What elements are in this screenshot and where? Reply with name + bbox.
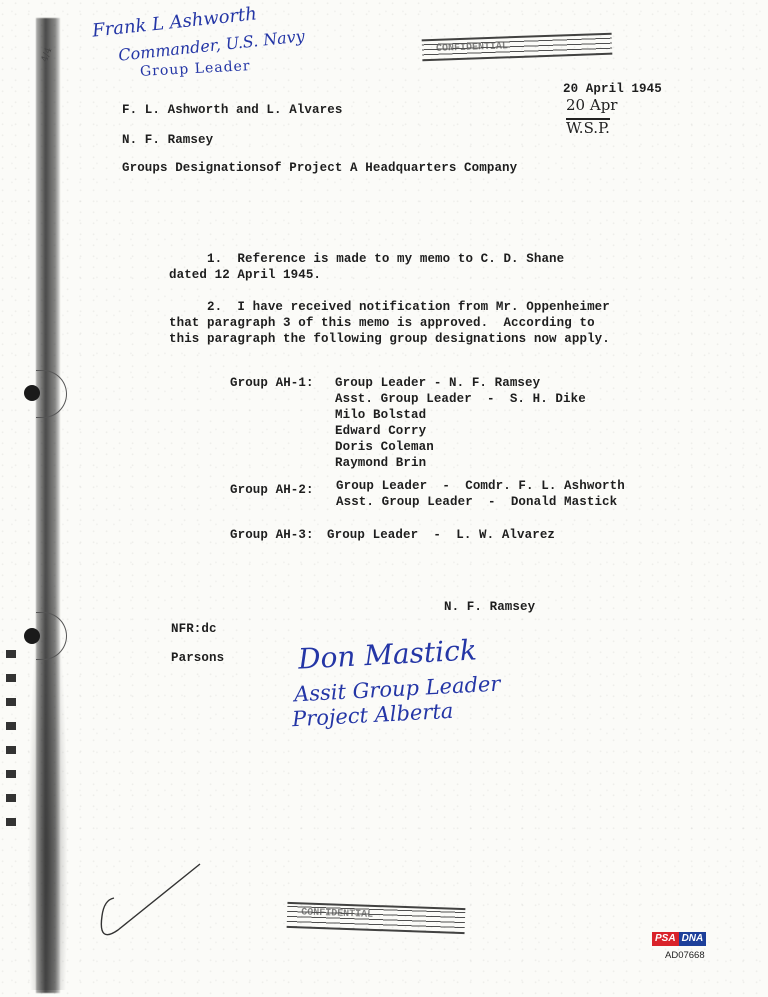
paragraph-2-line-2: that paragraph 3 of this memo is approve… <box>169 316 595 330</box>
redacted-classification-stamp-top: CONFIDENTIAL <box>422 33 613 62</box>
paragraph-1-line-2: dated 12 April 1945. <box>169 268 321 282</box>
group-ah2-label: Group AH-2: <box>230 483 314 497</box>
edge-marks <box>6 650 20 826</box>
autograph-mastick-name: Don Mastick <box>297 635 477 674</box>
date-annotation: 20 Apr <box>566 98 617 114</box>
typed-signature: N. F. Ramsey <box>444 600 535 614</box>
carbon-copy: Parsons <box>171 651 224 665</box>
group-ah1-member: Edward Corry <box>335 424 426 438</box>
memo-page: 4/4 Frank L Ashworth Commander, U.S. Nav… <box>0 0 768 997</box>
autograph-ashworth-role: Group Leader <box>140 59 251 79</box>
psa-logo-text: PSA <box>652 932 679 946</box>
group-ah2-member: Group Leader - Comdr. F. L. Ashworth <box>336 479 625 493</box>
paragraph-2-line-1: 2. I have received notification from Mr.… <box>169 300 610 314</box>
initials-annotation: W.S.P. <box>566 118 610 137</box>
group-ah1-member: Milo Bolstad <box>335 408 426 422</box>
group-ah1-member: Asst. Group Leader - S. H. Dike <box>335 392 586 406</box>
pencil-mark <box>90 860 210 940</box>
group-ah1-member: Doris Coleman <box>335 440 434 454</box>
group-ah3-member: Group Leader - L. W. Alvarez <box>327 528 555 542</box>
memo-subject: Groups Designationsof Project A Headquar… <box>122 161 517 175</box>
memo-to: F. L. Ashworth and L. Alvares <box>122 103 342 117</box>
redacted-classification-stamp-bottom: CONFIDENTIAL <box>287 902 466 934</box>
memo-from: N. F. Ramsey <box>122 133 213 147</box>
group-ah1-label: Group AH-1: <box>230 376 314 390</box>
dna-logo-text: DNA <box>679 932 707 946</box>
group-ah2-member: Asst. Group Leader - Donald Mastick <box>336 495 617 509</box>
group-ah3-label: Group AH-3: <box>230 528 314 542</box>
psa-dna-logo: PSA DNA <box>652 932 706 946</box>
memo-date: 20 April 1945 <box>563 82 662 96</box>
paragraph-1-line-1: 1. Reference is made to my memo to C. D.… <box>169 252 564 266</box>
authentication-cert-number: AD07668 <box>665 950 705 961</box>
reference-initials: NFR:dc <box>171 622 217 636</box>
group-ah1-member: Group Leader - N. F. Ramsey <box>335 376 540 390</box>
group-ah1-member: Raymond Brin <box>335 456 426 470</box>
paragraph-2-line-3: this paragraph the following group desig… <box>169 332 610 346</box>
punch-hole-ring <box>36 370 67 418</box>
autograph-mastick-title: Assit Group Leader <box>294 673 501 706</box>
